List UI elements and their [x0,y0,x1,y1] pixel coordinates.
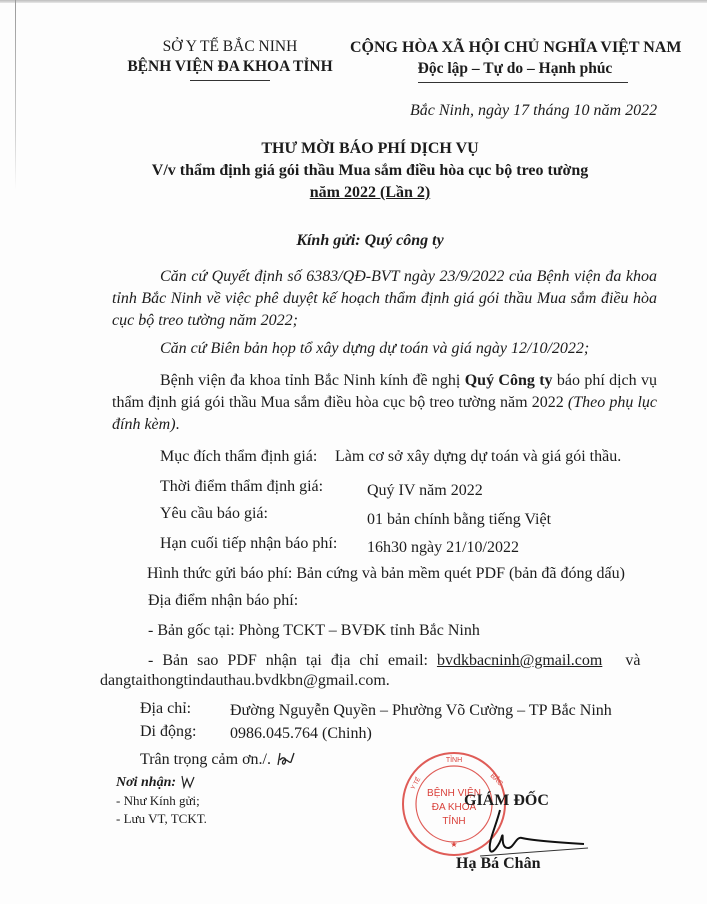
addressee-bold: Quý Công ty [465,372,553,389]
svg-text:★: ★ [450,840,457,849]
time-label: Thời điểm thẩm định giá: [160,478,323,496]
deadline-label: Hạn cuối tiếp nhận báo phí: [160,535,337,553]
greeting: Kính gửi: Quý công ty [130,232,610,250]
svg-text:BẮC: BẮC [489,771,506,788]
national-title: CỘNG HÒA XÃ HỘI CHỦ NGHĨA VIỆT NAM [350,37,680,58]
issuer-underline [190,80,270,81]
phone-label: Di động: [140,723,196,741]
page-left-edge [15,0,16,190]
paragraph-request: Bệnh viện đa khoa tỉnh Bắc Ninh kính đề … [112,370,657,436]
title-year: năm 2022 (Lần 2) [310,184,430,201]
deadline-value: 16h30 ngày 21/10/2022 [367,539,519,557]
issuer-header: SỞ Y TẾ BẮC NINH BỆNH VIỆN ĐA KHOA TỈNH [110,37,350,77]
document-title: THƯ MỜI BÁO PHÍ DỊCH VỤ V/v thẩm định gi… [130,138,610,204]
address-value: Đường Nguyễn Quyền – Phường Võ Cường – T… [230,702,612,720]
motto-underline [418,82,628,83]
location-label: Địa điểm nhận báo phí: [148,592,298,610]
national-header: CỘNG HÒA XÃ HỘI CHỦ NGHĨA VIỆT NAM Độc l… [350,37,680,79]
submission-method: Hình thức gửi báo phí: Bản cứng và bản m… [147,565,625,583]
title-main: THƯ MỜI BÁO PHÍ DỊCH VỤ [130,138,610,160]
paragraph-legal-basis-1: Căn cứ Quyết định số 6383/QĐ-BVT ngày 23… [112,266,657,332]
copy-email-line: - Bản sao PDF nhận tại địa chỉ email: bv… [148,652,640,670]
recipient-item: - Lưu VT, TCKT. [116,811,207,827]
national-motto: Độc lập – Tự do – Hạnh phúc [350,58,680,79]
date-line: Bắc Ninh, ngày 17 tháng 10 năm 2022 [410,102,657,120]
svg-text:Y TẾ: Y TẾ [410,776,423,791]
phone-value: 0986.045.764 (Chinh) [230,725,372,743]
purpose-label: Mục đích thẩm định giá: [160,448,317,466]
svg-text:TỈNH: TỈNH [442,814,465,827]
initials-scribble-icon [180,773,196,789]
address-label: Địa chỉ: [140,700,191,718]
issuer-hospital: BỆNH VIỆN ĐA KHOA TỈNH [110,57,350,77]
request-label: Yêu cầu báo giá: [160,505,268,523]
recipients-label: Nơi nhận: [116,773,196,791]
time-value: Quý IV năm 2022 [367,482,483,500]
original-location: - Bản gốc tại: Phòng TCKT – BVĐK tỉnh Bắ… [148,622,480,640]
paragraph-legal-basis-2: Căn cứ Biên bản họp tổ xây dựng dự toán … [112,338,657,360]
closing-line: Trân trọng cảm ơn./. [140,750,297,769]
email-secondary: dangtaithongtindauthau.bvdkbn@gmail.com. [100,672,390,690]
svg-text:TỈNH: TỈNH [446,755,462,764]
signer-name: Hạ Bá Chân [456,855,540,873]
title-subject: V/v thẩm định giá gói thầu Mua sắm điều … [130,160,610,182]
request-value: 01 bản chính bằng tiếng Việt [367,511,551,529]
page-top-border [0,0,707,3]
recipient-item: - Như Kính gửi; [116,793,200,809]
email-link-primary[interactable]: bvdkbacninh@gmail.com [437,652,602,669]
handwritten-signature [480,808,590,858]
purpose-value: Làm cơ sở xây dựng dự toán và giá gói th… [335,448,621,466]
issuer-department: SỞ Y TẾ BẮC NINH [110,37,350,57]
initials-scribble-icon [275,750,297,768]
